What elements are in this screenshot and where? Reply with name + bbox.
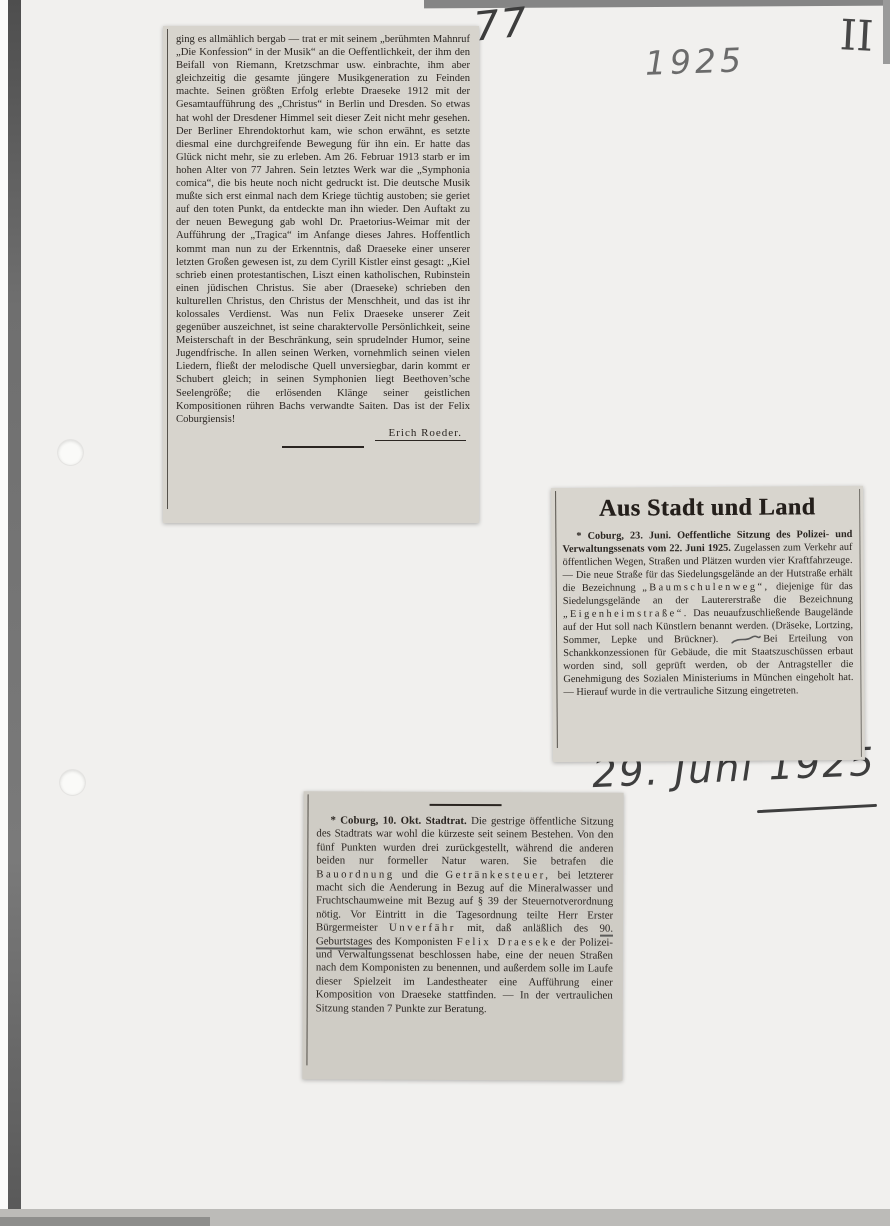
clipping-headline: Aus Stadt und Land [562,494,852,523]
article-run: und die [395,868,446,880]
street-name-baumschulenweg: „Baumschulenweg“, [642,582,769,594]
article-run: des Komponisten [372,935,456,947]
punch-hole [60,770,85,795]
name-felix-draeseke: Felix Draeseke [457,936,558,948]
article-text: * Coburg, 23. Juni. Oeffentliche Sitzung… [562,528,853,699]
binding-shadow-strip [8,0,21,1226]
section-divider-rule [429,804,501,806]
scan-edge-right [883,0,890,64]
newsprint-column-rule [859,489,862,757]
article-signature: Erich Roeder. [176,427,470,439]
punch-hole [58,440,83,465]
handwritten-volume-numeral: II [839,10,875,61]
scan-edge-bottom-shadow [0,1217,210,1226]
signature-name: Erich Roeder. [375,427,466,441]
topic-getraenkesteuer: Getränkesteuer, [445,869,550,881]
clipping-aus-stadt-und-land: Aus Stadt und Land * Coburg, 23. Juni. O… [551,486,865,762]
scanned-archive-page: 77 II 1925 29. Juni 1925 ging es allmähl… [0,0,890,1226]
handwritten-year: 1925 [644,40,745,82]
article-text: ging es allmählich bergab — trat er mit … [176,33,470,426]
clipping-stadtrat-report: * Coburg, 10. Okt. Stadtrat. Die gestrig… [302,791,623,1080]
name-unverfaehr: Unverfähr [389,922,456,934]
handwritten-page-number: 77 [472,0,531,51]
scan-edge-left-margin [0,0,8,1226]
street-name-eigenheimstrasse: „Eigenheimstraße“. [563,608,689,620]
newsprint-column-rule [555,491,558,748]
pencil-strike-mark [731,634,761,644]
article-lead: * Coburg, 10. Okt. Stadtrat. [330,814,466,827]
article-text: * Coburg, 10. Okt. Stadtrat. Die gestrig… [316,814,614,1016]
article-run: mit, daß anläßlich des [456,922,600,935]
newsprint-column-rule [306,794,308,1065]
handwritten-date-underline [757,804,877,813]
newsprint-column-rule [167,29,168,509]
article-end-rule [282,446,364,449]
topic-bauordnung: Bauordnung [316,868,394,880]
clipping-draeseke-article: ging es allmählich bergab — trat er mit … [163,26,479,523]
